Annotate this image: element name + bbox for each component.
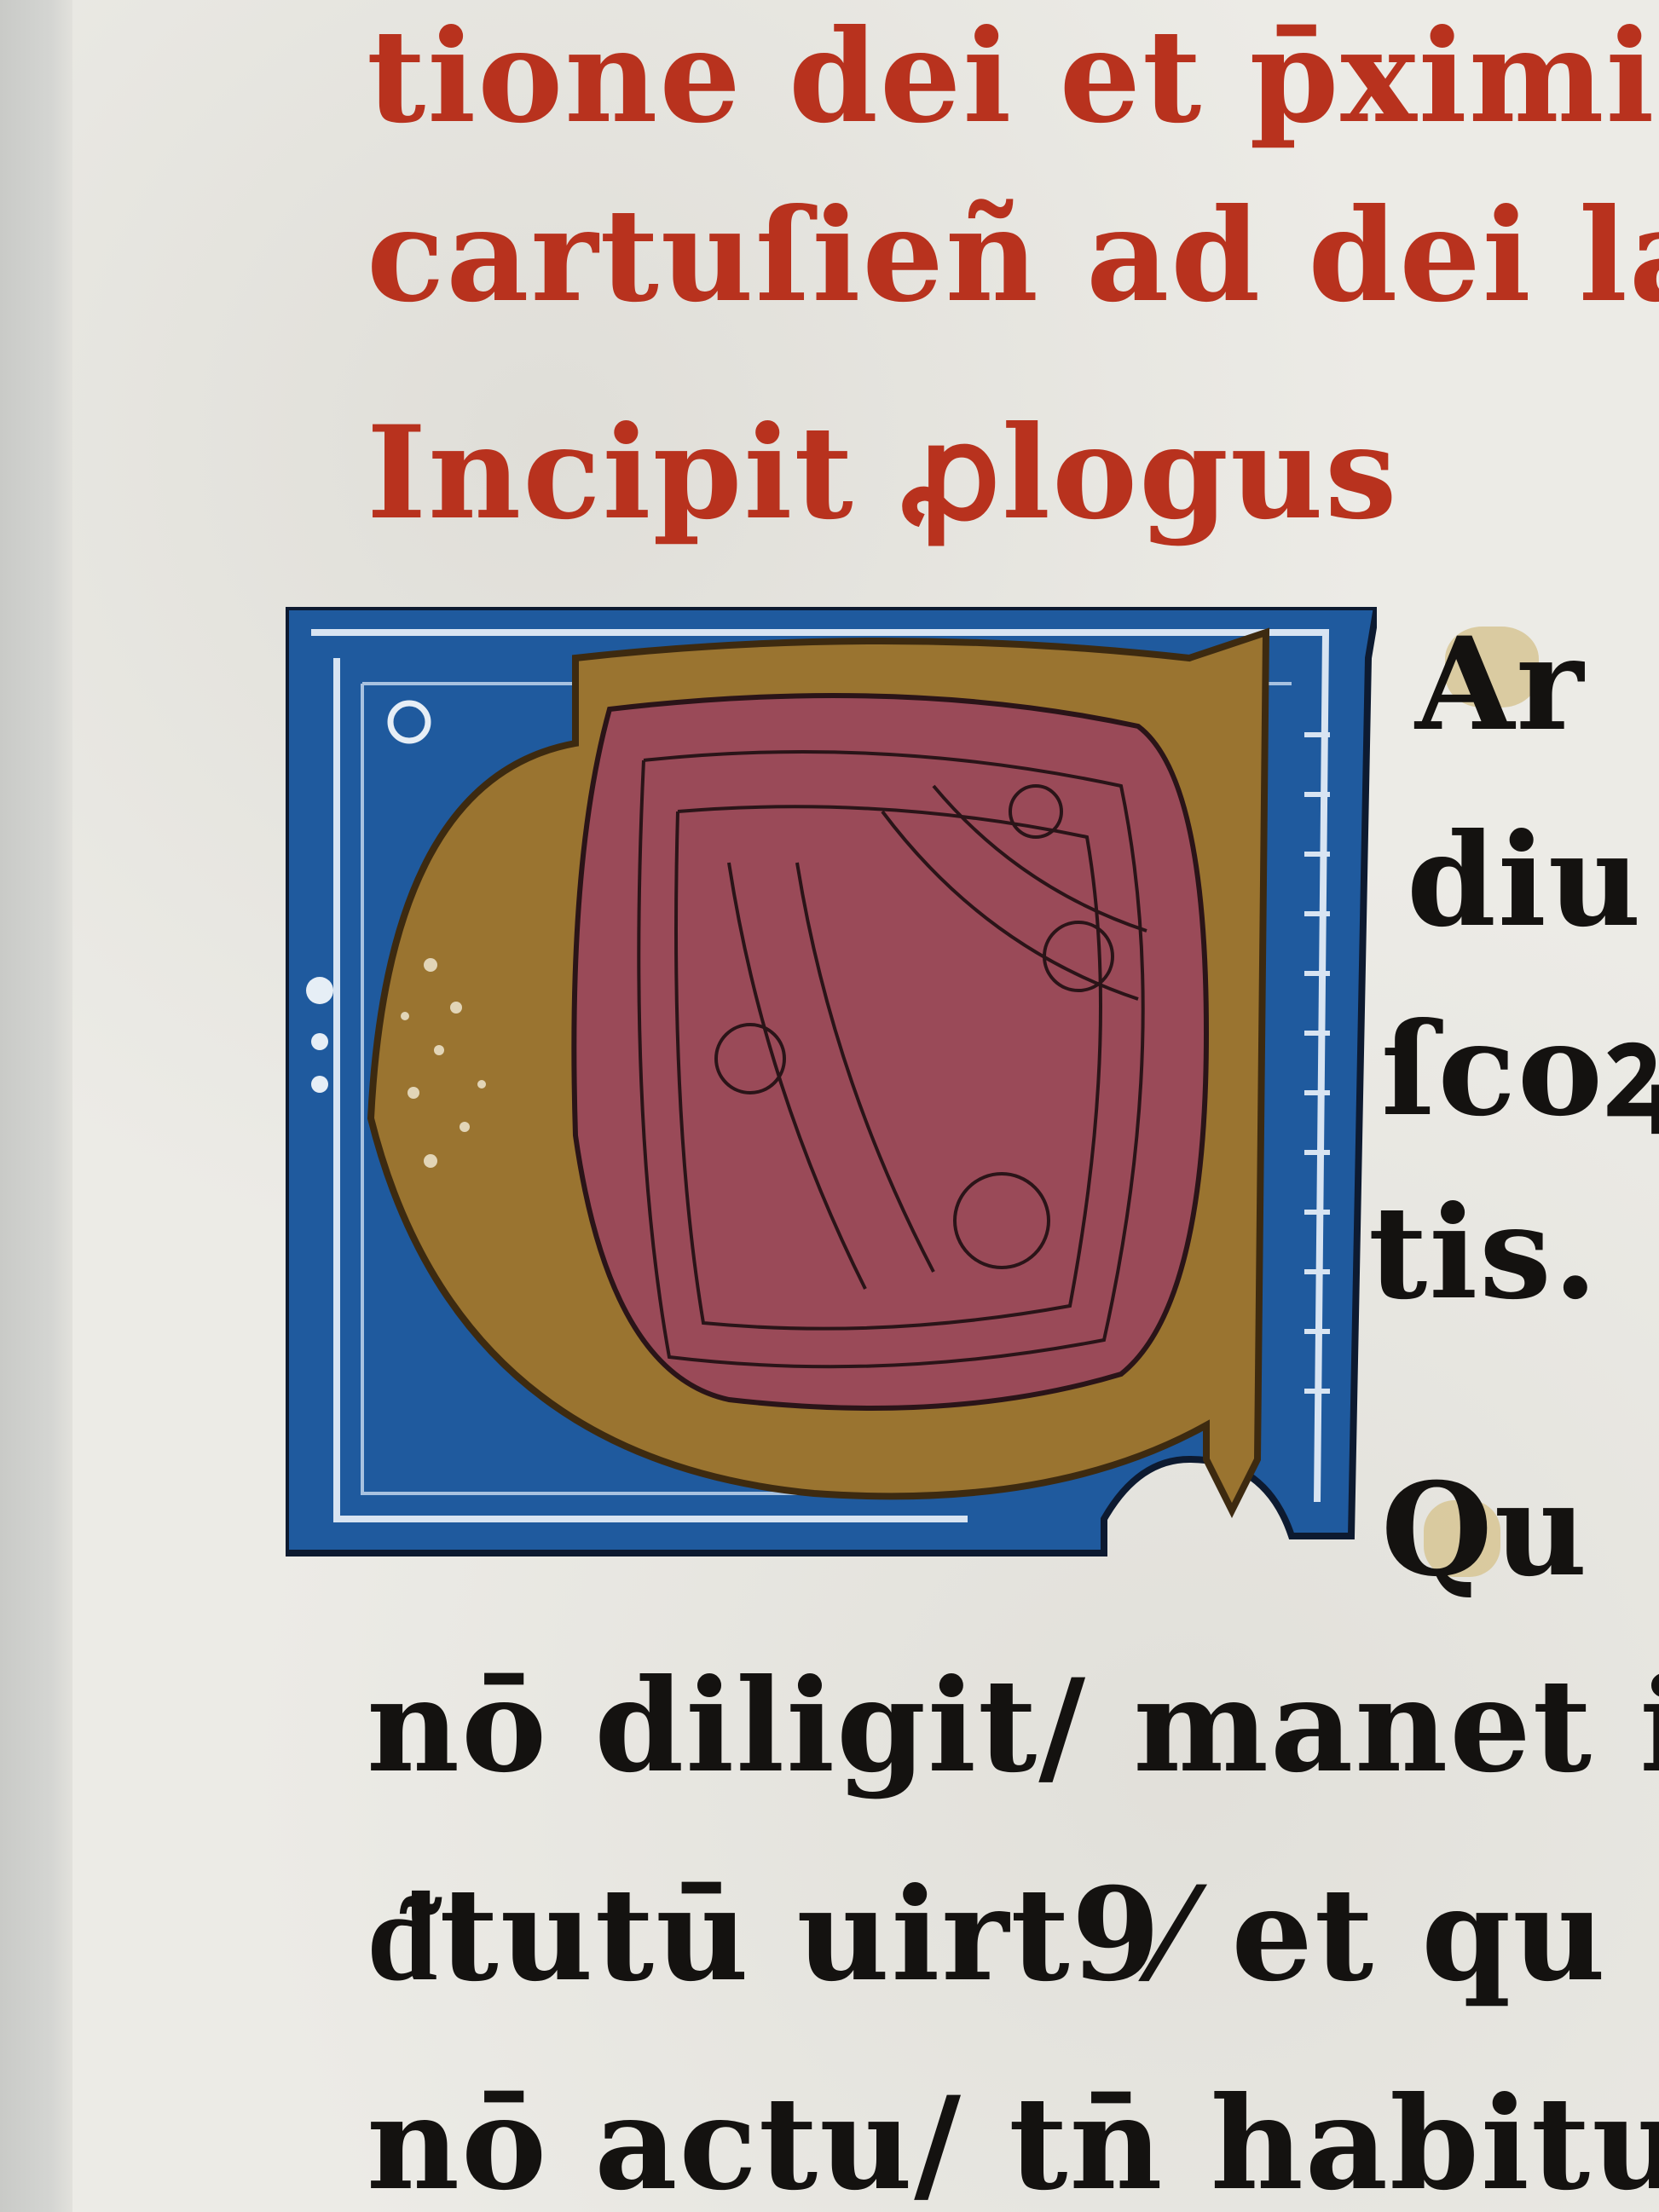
rubric-line-2: cartuſieñ ad dei la xyxy=(367,192,1659,320)
body-line-2: ᵭtutū uirt9⁄ et qu xyxy=(367,1871,1607,1999)
body-line-1: nō diligit/ manet i xyxy=(367,1662,1659,1790)
body-line-right-4: tis. xyxy=(1368,1189,1599,1317)
body-line-right-3: ſcoꝝ xyxy=(1381,1006,1659,1134)
body-line-3: nō actu/ tn̄ habitu xyxy=(367,2080,1659,2208)
illuminated-initial xyxy=(286,607,1377,1570)
rubric-heading-incipit: Incipit ꝓlogus xyxy=(367,409,1399,537)
body-line-right-2: diu xyxy=(1407,817,1643,944)
binding-gutter xyxy=(0,0,72,2212)
body-line-right-5: Qu xyxy=(1381,1466,1589,1594)
body-line-right-1: Ar xyxy=(1415,621,1585,748)
rubric-line-1: tione dei et p̄ximi xyxy=(367,13,1656,141)
illuminated-initial-d-icon xyxy=(286,607,1377,1570)
